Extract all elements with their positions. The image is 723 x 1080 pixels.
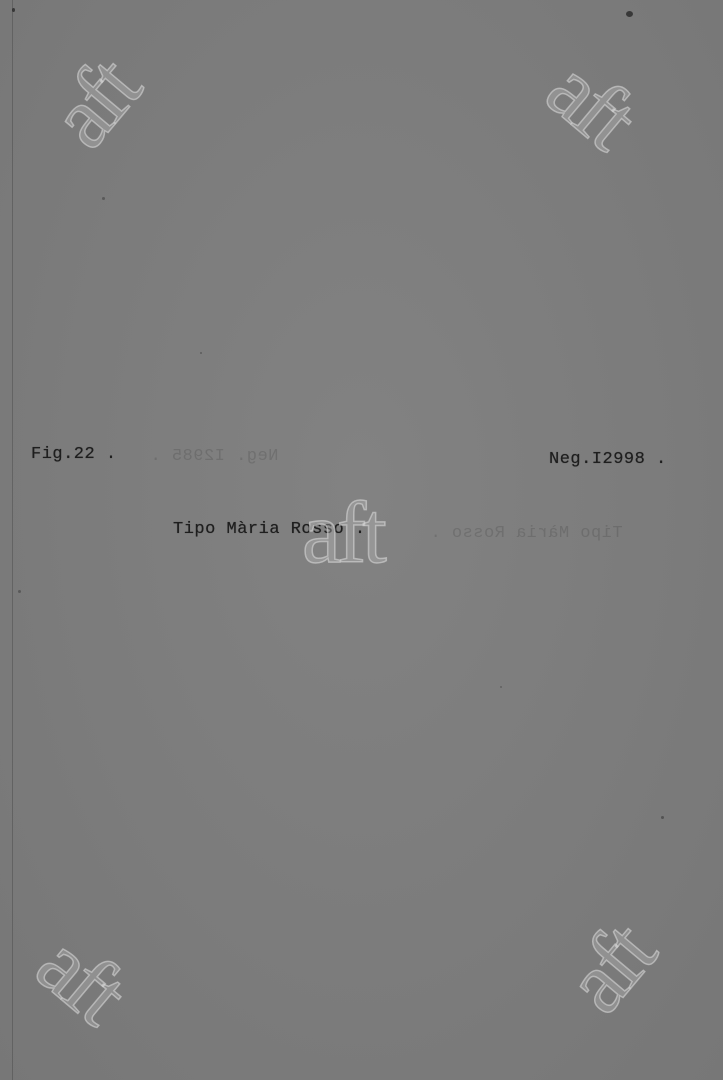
figure-label: Fig.22 . (31, 445, 117, 464)
watermark-top-left: aft (36, 45, 155, 163)
dust-speck (626, 11, 633, 17)
watermark-top-right: aft (531, 44, 649, 163)
watermark-bottom-right: aft (551, 910, 670, 1028)
dust-speck (661, 816, 664, 819)
watermark-center: aft (302, 490, 383, 578)
bleed-through-header: Neg. I2985 . (150, 447, 278, 466)
dust-speck (18, 590, 21, 593)
bleed-through-caption: Tipo Mària Rosso . (430, 524, 623, 543)
page-edge-line (12, 0, 13, 1080)
scanned-document-page: Neg. I2985 . Tipo Mària Rosso . Fig.22 .… (0, 0, 723, 1080)
dust-speck (12, 8, 15, 12)
dust-speck (200, 352, 202, 354)
negative-number: Neg.I2998 . (549, 450, 667, 469)
watermark-bottom-left: aft (21, 919, 139, 1038)
dust-speck (102, 197, 105, 200)
dust-speck (500, 686, 502, 688)
